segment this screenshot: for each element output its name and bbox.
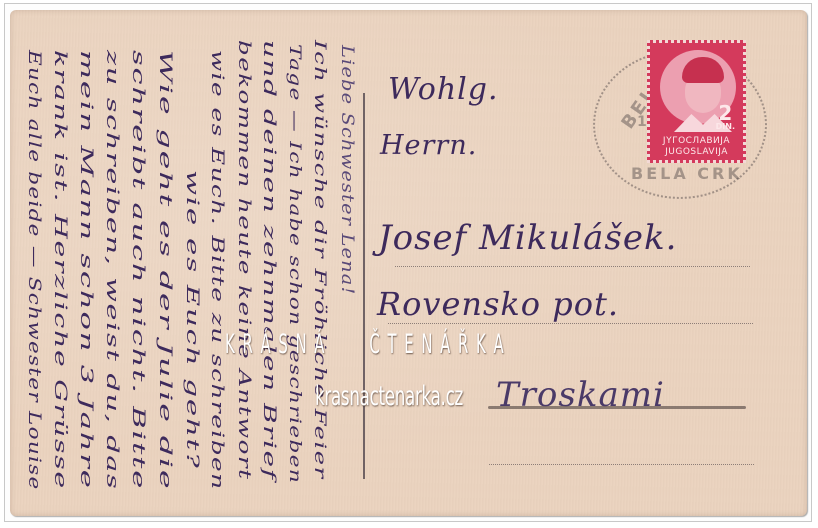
vertical-divider [363, 93, 365, 479]
message-line: mein Mann schon 3 Jahre [77, 50, 94, 490]
message-line: Euch alle beide — Schwester Louise [25, 50, 42, 491]
message-line: bekommen heute keine Antwort [235, 40, 252, 480]
postmark-bottom-text: BELA CRK [631, 164, 743, 183]
message-line: Ich wünsche dir Fröhliche Feier [312, 40, 328, 480]
message-line: Tage — Ich habe schon geschrieben [287, 44, 303, 484]
stamp-country-cyrillic: JYГОСЛАВИЈА [650, 137, 743, 146]
stamp-unit: DIN. [716, 123, 735, 131]
message-line: und deinen zehnmalen Brief [260, 40, 277, 481]
message-line: krank ist. Herzliche Grüsse [51, 50, 68, 490]
message-line: wie es Euch. Bitte zu schreiben [208, 50, 225, 491]
address-dotted-line-4 [489, 464, 754, 465]
message-greeting: Liebe Schwester Lena! [338, 45, 355, 295]
watermark-title: KRÁSNÁ ČTENÁŘKA [225, 329, 511, 360]
address-dotted-line-2 [388, 323, 753, 324]
address-line-name: Josef Mikulášek. [378, 218, 677, 258]
stamp-denomination: 2 DIN. [716, 103, 735, 131]
postage-stamp: 2 DIN. JYГОСЛАВИЈА JUGOSLAVIJA [647, 40, 746, 163]
message-line: Wie geht es der Julie die [156, 50, 173, 491]
stamp-portrait-cap [682, 57, 724, 83]
address-line-town: Rovensko pot. [377, 285, 619, 323]
watermark-url: krasnactenarka.cz [315, 381, 463, 412]
address-dotted-line-1 [395, 266, 750, 267]
message-line: schreibt auch nicht. Bitte [129, 50, 146, 490]
stamp-country-latin: JUGOSLAVIJA [650, 148, 743, 157]
postcard: Liebe Schwester Lena!Ich wünsche dir Frö… [10, 10, 807, 516]
message-line: zu schreiben, weist du, das [103, 50, 120, 490]
salutation-line-1: Wohlg. [388, 72, 499, 107]
address-line-place: Troskami [496, 375, 665, 415]
salutation-line-2: Herrn. [380, 130, 477, 161]
address-underline-3 [488, 406, 746, 409]
message-line: wie es Euch geht? [183, 170, 200, 469]
